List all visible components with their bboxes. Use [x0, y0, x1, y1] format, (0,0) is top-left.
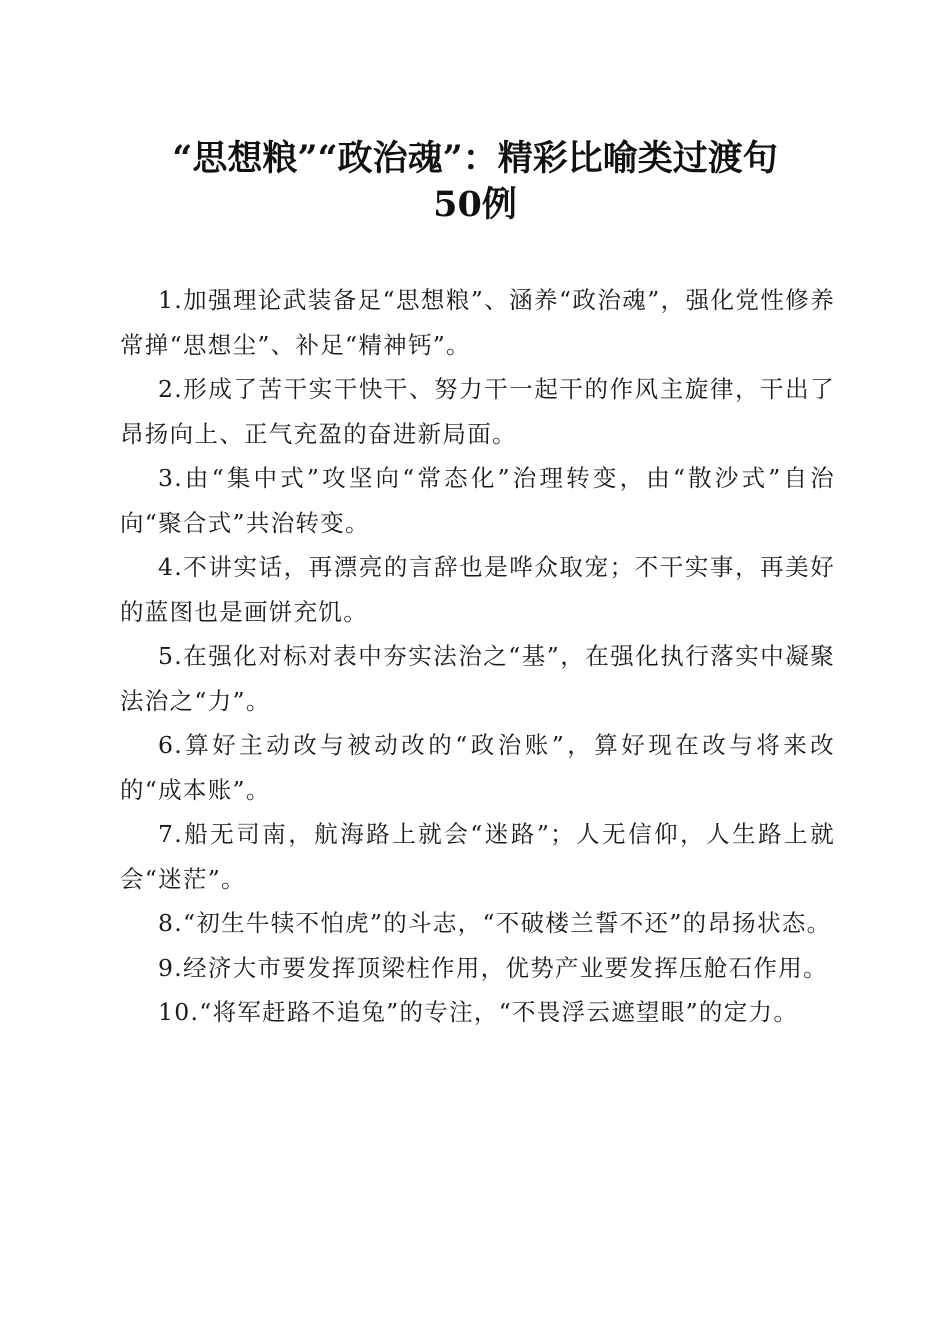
document-body: 1.加强理论武装备足“思想粮”、涵养“政治魂”，强化党性修养常掸“思想尘”、补足… — [120, 278, 835, 1035]
paragraph-8: 8.“初生牛犊不怕虎”的斗志，“不破楼兰誓不还”的昂扬状态。 — [120, 901, 835, 946]
document-title: “思想粮”“政治魂”：精彩比喻类过渡句 50例 — [120, 136, 830, 228]
document-page: “思想粮”“政治魂”：精彩比喻类过渡句 50例 1.加强理论武装备足“思想粮”、… — [0, 0, 950, 1344]
paragraph-6: 6.算好主动改与被动改的“政治账”，算好现在改与将来改的“成本账”。 — [120, 723, 835, 812]
paragraph-2: 2.形成了苦干实干快干、努力干一起干的作风主旋律，干出了昂扬向上、正气充盈的奋进… — [120, 367, 835, 456]
paragraph-4: 4.不讲实话，再漂亮的言辞也是哗众取宠；不干实事，再美好的蓝图也是画饼充饥。 — [120, 545, 835, 634]
paragraph-10: 10.“将军赶路不追兔”的专注，“不畏浮云遮望眼”的定力。 — [120, 990, 835, 1035]
paragraph-1: 1.加强理论武装备足“思想粮”、涵养“政治魂”，强化党性修养常掸“思想尘”、补足… — [120, 278, 835, 367]
paragraph-7: 7.船无司南，航海路上就会“迷路”；人无信仰，人生路上就会“迷茫”。 — [120, 812, 835, 901]
paragraph-9: 9.经济大市要发挥顶梁柱作用，优势产业要发挥压舱石作用。 — [120, 946, 835, 991]
title-line-2: 50例 — [120, 182, 830, 228]
paragraph-3: 3.由“集中式”攻坚向“常态化”治理转变，由“散沙式”自治向“聚合式”共治转变。 — [120, 456, 835, 545]
title-line-1: “思想粮”“政治魂”：精彩比喻类过渡句 — [120, 136, 830, 182]
paragraph-5: 5.在强化对标对表中夯实法治之“基”，在强化执行落实中凝聚法治之“力”。 — [120, 634, 835, 723]
